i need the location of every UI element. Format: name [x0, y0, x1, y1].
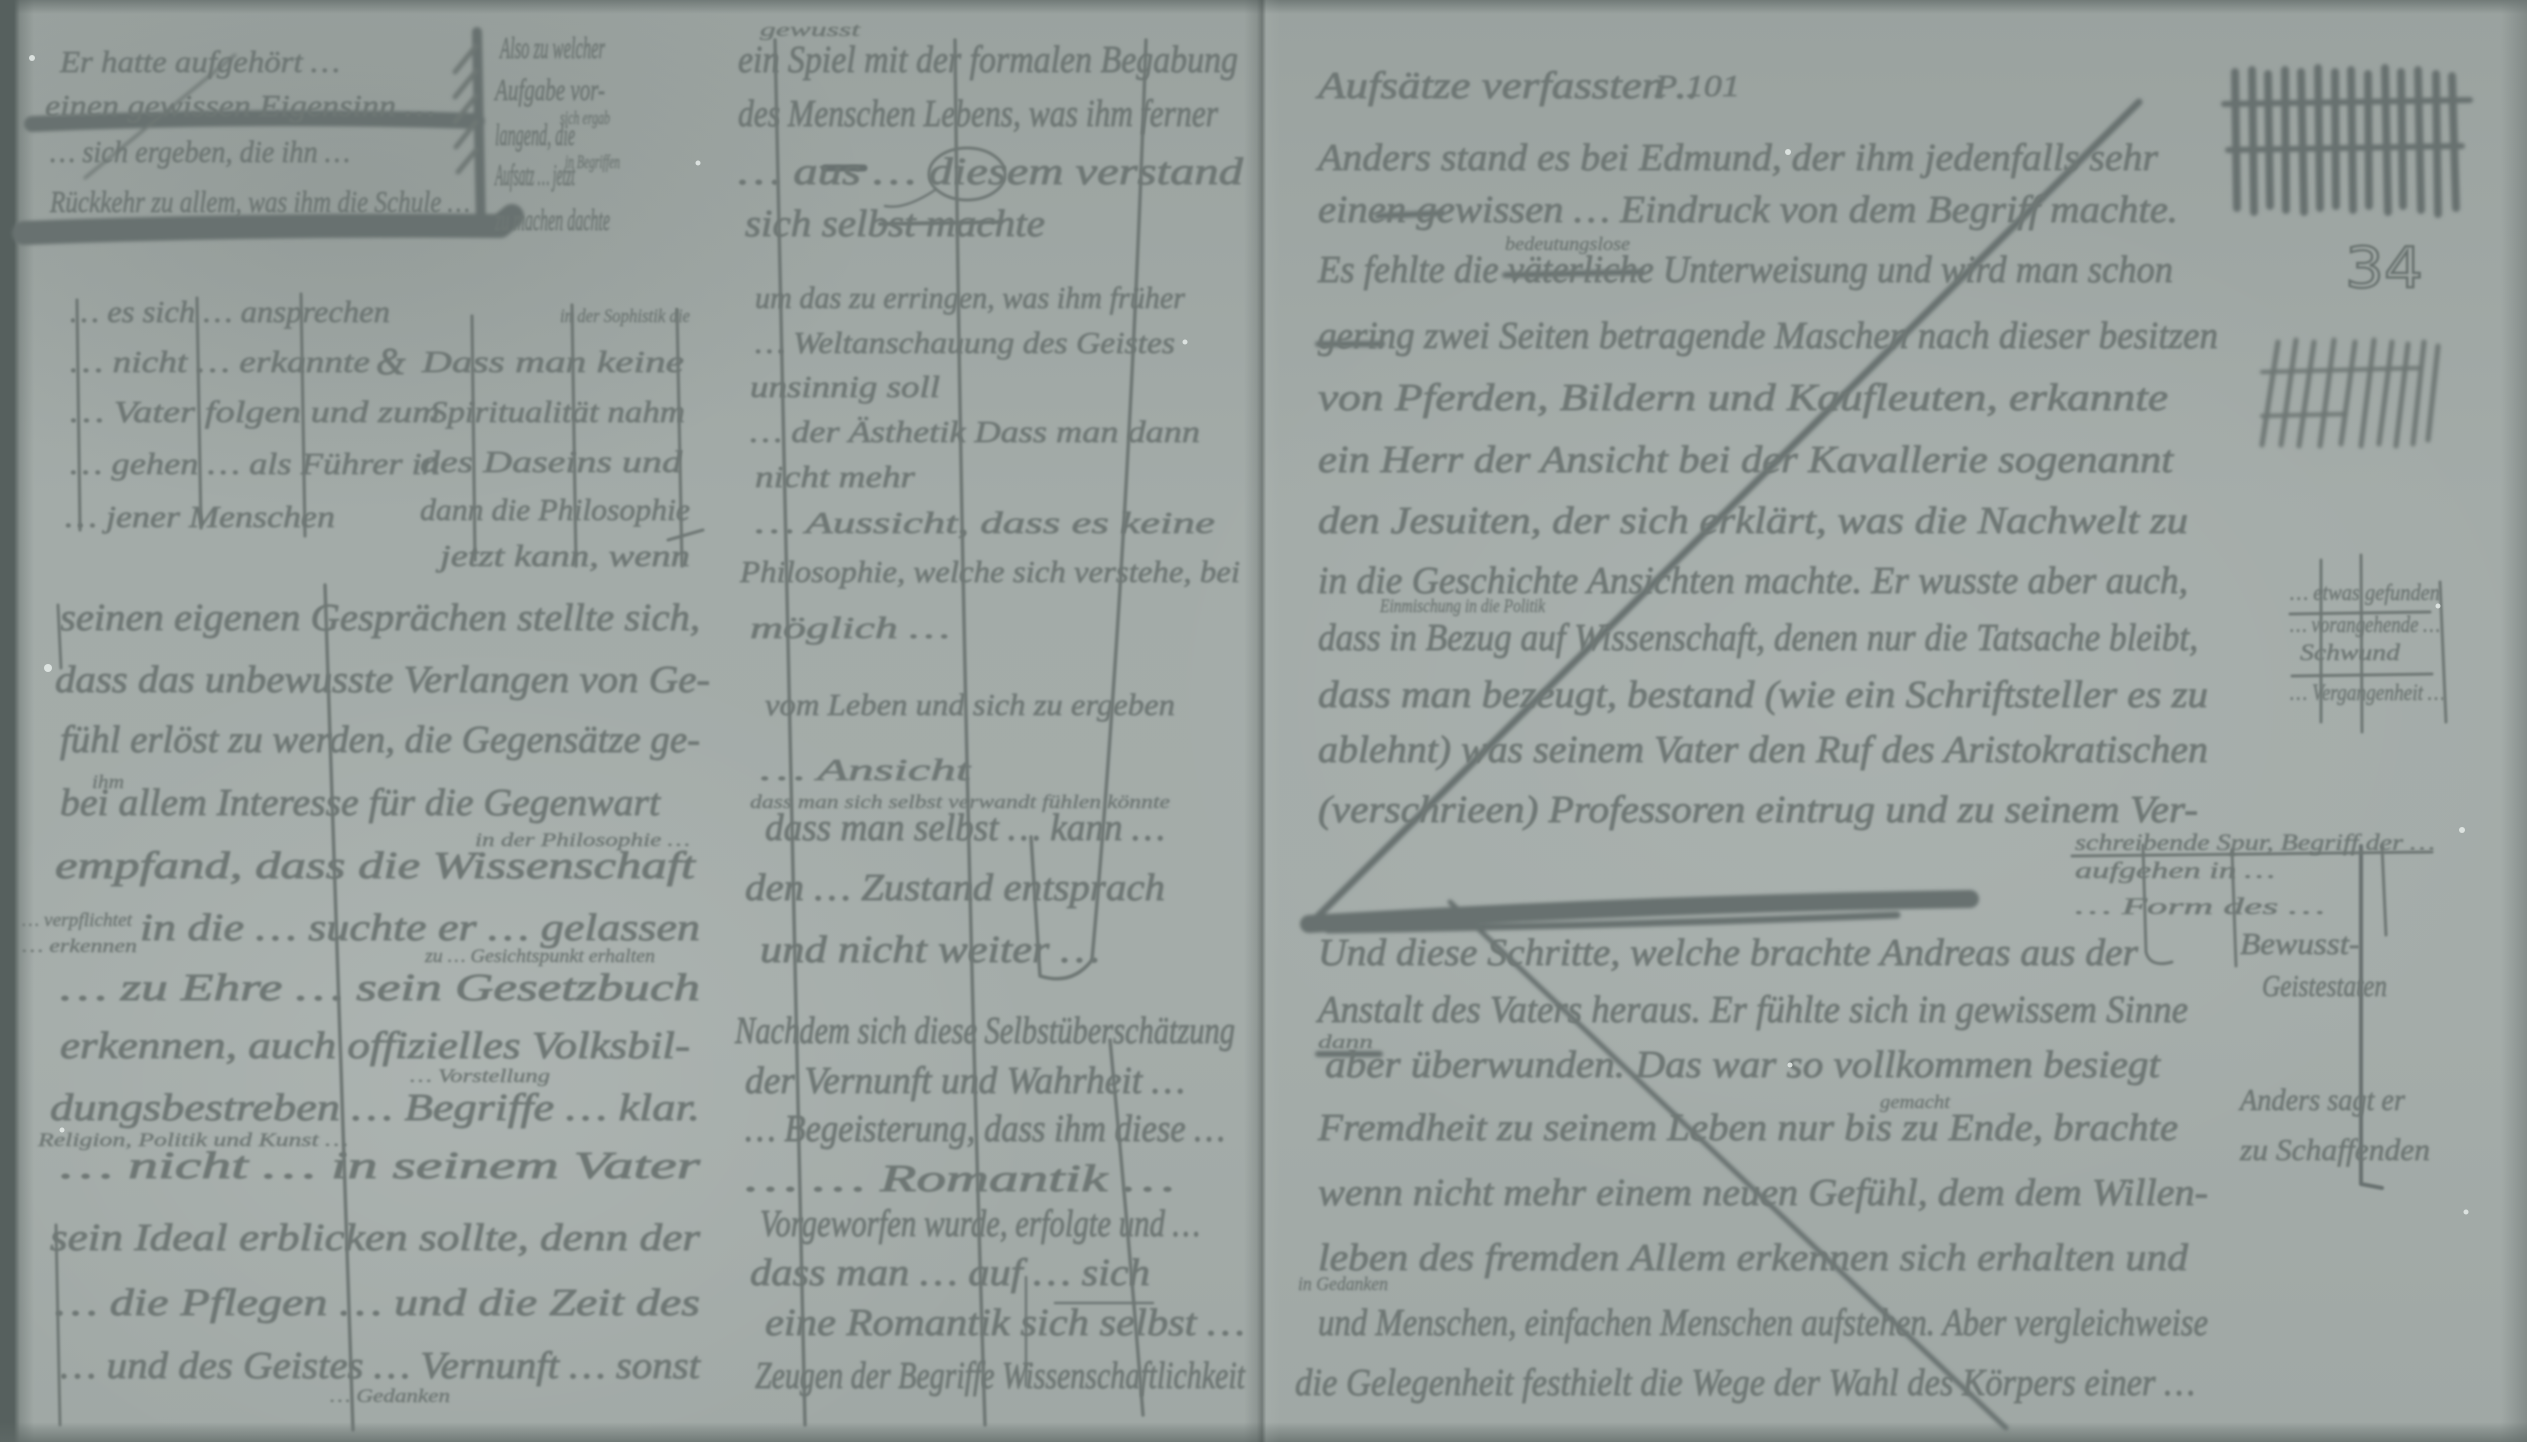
dust-speck: [2464, 1210, 2469, 1215]
text-line: … zu Ehre … sein Gesetzbuch: [60, 967, 700, 1009]
dust-speck: [1788, 1063, 1793, 1068]
text-line: einen gewissen … Eindruck von dem Begrif…: [1318, 189, 2178, 231]
text-line: und nicht weiter …: [760, 929, 1100, 971]
text-line: möglich …: [750, 610, 950, 645]
text-line: … Weltanschauung des Geistes: [755, 325, 1175, 360]
insertion: gewusst: [760, 20, 861, 41]
text-line: … der Ästhetik Dass man dann: [750, 414, 1200, 449]
text-line: Und diese Schritte, welche brachte Andre…: [1318, 932, 2138, 974]
text-line: des Daseins und: [420, 444, 683, 479]
text-line: Philosophie, welche sich verstehe, bei: [739, 554, 1240, 589]
text-line: … Ansicht: [760, 752, 972, 787]
text-line: Vorgeworfen wurde, erfolgte und …: [760, 1203, 1200, 1245]
text-line: den Jesuiten, der sich erklärt, was die …: [1318, 500, 2188, 542]
ampersand-mark: &: [376, 341, 406, 383]
insertion: … erkennen: [22, 936, 137, 957]
dust-speck: [44, 664, 52, 672]
insertion: … Vorstellung: [410, 1066, 550, 1087]
tally-marks-upper: [2235, 68, 2456, 214]
dust-speck: [696, 161, 701, 166]
diagonal-strike-lower: [1450, 902, 2006, 1428]
ink-layer: Er hatte aufgehört … einen gewissen Eige…: [0, 0, 2527, 1442]
text-line: des Menschen Lebens, was ihm ferner: [738, 93, 1218, 135]
right-page-text: Aufsätze verfassten .. P 101 Anders stan…: [1295, 65, 2218, 1404]
text-line: die Gelegenheit festhielt die Wege der W…: [1295, 1362, 2195, 1404]
page-number: 34: [2345, 236, 2423, 301]
text-line: … gehen … als Führer in: [70, 446, 440, 481]
margin-note-line: … Vergangenheit …: [2290, 680, 2445, 705]
text-line: unsinnig soll: [750, 369, 940, 404]
margin-note-line: schreibende Spur, Begriff der …: [2075, 830, 2435, 855]
text-line: ein Spiel mit der formalen Begabung: [738, 39, 1238, 81]
insertion: in Gedanken: [1298, 1274, 1388, 1295]
text-line: der Vernunft und Wahrheit …: [745, 1060, 1185, 1102]
text-line: dass man … auf … sich: [750, 1252, 1150, 1294]
text-line: ablehnt) was seinem Vater den Ruf des Ar…: [1318, 729, 2208, 771]
text-line: Nachdem sich diese Selbstüberschätzung: [734, 1010, 1235, 1052]
text-line: Er hatte aufgehört …: [59, 44, 340, 79]
text-line: und Menschen, einfachen Menschen aufsteh…: [1318, 1302, 2208, 1344]
middle-column-text: gewusst ein Spiel mit der formalen Begab…: [734, 20, 1246, 1397]
text-line: Spiritualität nahm: [430, 394, 685, 429]
text-line: … nicht … erkannte: [70, 344, 370, 379]
margin-note-line: Bewusst-: [2240, 926, 2360, 961]
text-line: Fremdheit zu seinem Leben nur bis zu End…: [1317, 1107, 2178, 1149]
text-line: Anstalt des Vaters heraus. Er fühlte sic…: [1315, 989, 2188, 1031]
dust-speck: [2459, 827, 2465, 833]
margin-note-line: zu machen dachte: [494, 202, 610, 237]
insertion: sich ergab: [560, 108, 610, 129]
text-line: von Pferden, Bildern und Kaufleuten, erk…: [1318, 377, 2168, 419]
text-line: … die Pflegen … und die Zeit des: [55, 1282, 700, 1324]
margin-note-line: … Form des …: [2075, 894, 2325, 919]
text-line: wenn nicht mehr einem neuen Gefühl, dem …: [1318, 1172, 2208, 1214]
text-line: dass das unbewusste Verlangen von Ge-: [55, 659, 710, 701]
text-line: in die … suchte er … gelassen: [140, 907, 700, 949]
text-line: … Vater folgen und zum: [70, 394, 440, 429]
text-line: ein Herr der Ansicht bei der Kavallerie …: [1318, 439, 2175, 481]
manuscript-photograph: Er hatte aufgehört … einen gewissen Eige…: [0, 0, 2527, 1442]
text-line: sein Ideal erblicken sollte, denn der: [50, 1217, 700, 1259]
insertion: … Gedanken: [330, 1386, 450, 1407]
margin-note-line: Schwund: [2300, 640, 2401, 665]
margin-note-line: aufgehen in …: [2075, 858, 2275, 883]
text-line: dass man bezeugt, bestand (wie ein Schri…: [1318, 674, 2208, 716]
text-line: um das zu erringen, was ihm früher: [755, 280, 1186, 315]
text-line: eine Romantik sich selbst …: [765, 1302, 1245, 1344]
text-line: … es sich … ansprechen: [70, 294, 390, 329]
insertion: in der Sophistik die: [560, 306, 690, 327]
dust-speck: [1183, 340, 1188, 345]
text-line: vom Leben und sich zu ergeben: [765, 687, 1175, 722]
dust-speck: [29, 55, 35, 61]
text-line: gering zwei Seiten betragende Maschen na…: [1318, 315, 2218, 357]
header-line: Aufsätze verfassten ..: [1314, 65, 1698, 107]
dust-speck: [1785, 149, 1791, 155]
text-line: … Begeisterung, dass ihm diese …: [745, 1108, 1225, 1150]
margin-note-line: Geistestaten: [2262, 968, 2387, 1003]
text-line: nicht mehr: [755, 459, 916, 494]
margin-note-line: Aufsatz … jetzt: [494, 157, 575, 192]
text-line: … und des Geistes … Vernunft … sonst: [60, 1345, 702, 1387]
text-line: Rückkehr zu allem, was ihm die Schule …: [49, 184, 470, 219]
text-line: seinen eigenen Gesprächen stellte sich,: [60, 597, 700, 639]
dust-speck: [60, 1128, 65, 1133]
text-line: dungsbestreben … Begriffe … klar.: [50, 1087, 700, 1129]
insertion: Einmischung in die Politik: [1379, 596, 1545, 617]
text-line: dass man selbst … kann …: [765, 807, 1165, 849]
margin-note-line: zu Schaffenden: [2239, 1132, 2430, 1167]
text-line: … … Romantik …: [745, 1158, 1175, 1200]
text-line: dass in Bezug auf Wissenschaft, denen nu…: [1318, 617, 2198, 659]
text-line: Es fehlte die väterliche Unterweisung un…: [1317, 249, 2173, 291]
margin-note-line: Anders sagt er: [2238, 1082, 2406, 1117]
text-line: aber überwunden. Das war so vollkommen b…: [1325, 1044, 2162, 1086]
text-line: den … Zustand entsprach: [745, 867, 1165, 909]
tally-marks-lower: [2262, 340, 2438, 446]
text-line: fühl erlöst zu werden, die Gegensätze ge…: [60, 719, 700, 761]
text-line: … jener Menschen: [65, 499, 335, 534]
text-line: dann die Philosophie: [420, 492, 690, 527]
text-line: Zeugen der Begriffe Wissenschaftlichkeit: [755, 1355, 1246, 1397]
text-line: … nicht … in seinem Vater: [60, 1145, 700, 1187]
text-line: erkennen, auch offizielles Volksbil-: [60, 1025, 690, 1067]
text-line: … sich ergeben, die ihn …: [50, 134, 350, 169]
page-reference: P 101: [1654, 68, 1740, 103]
text-line: … aus … diesem verstand: [738, 151, 1244, 193]
margin-note-line: Also zu welcher: [499, 30, 606, 65]
text-line: jetzt kann, wenn: [435, 538, 690, 573]
text-line: leben des fremden Allem erkennen sich er…: [1318, 1237, 2189, 1279]
text-line: (verschrieen) Professoren eintrug und zu…: [1318, 789, 2198, 831]
text-line: einen gewissen Eigensinn …: [45, 88, 435, 123]
margin-note-line: Aufgabe vor-: [494, 72, 605, 107]
text-line: sich selbst machte: [745, 203, 1045, 245]
insertion: in Begriffen: [565, 152, 620, 173]
insertion: zu … Gesichtspunkt erhalten: [424, 946, 655, 967]
text-line: Anders stand es bei Edmund, der ihm jede…: [1315, 137, 2158, 179]
text-line: empfand, dass die Wissenschaft: [55, 845, 697, 887]
text-line: … Aussicht, dass es keine: [755, 505, 1215, 540]
margin-note-line: … etwas gefunden: [2290, 580, 2440, 605]
strike-vertical-bar: [477, 32, 481, 228]
text-line: Dass man keine: [421, 344, 685, 379]
margin-note-line: … vorangehende …: [2290, 612, 2440, 637]
insertion: … verpflichtet: [22, 910, 133, 931]
text-line: bei allem Interesse für die Gegenwart: [60, 782, 662, 824]
dust-speck: [2436, 604, 2441, 609]
